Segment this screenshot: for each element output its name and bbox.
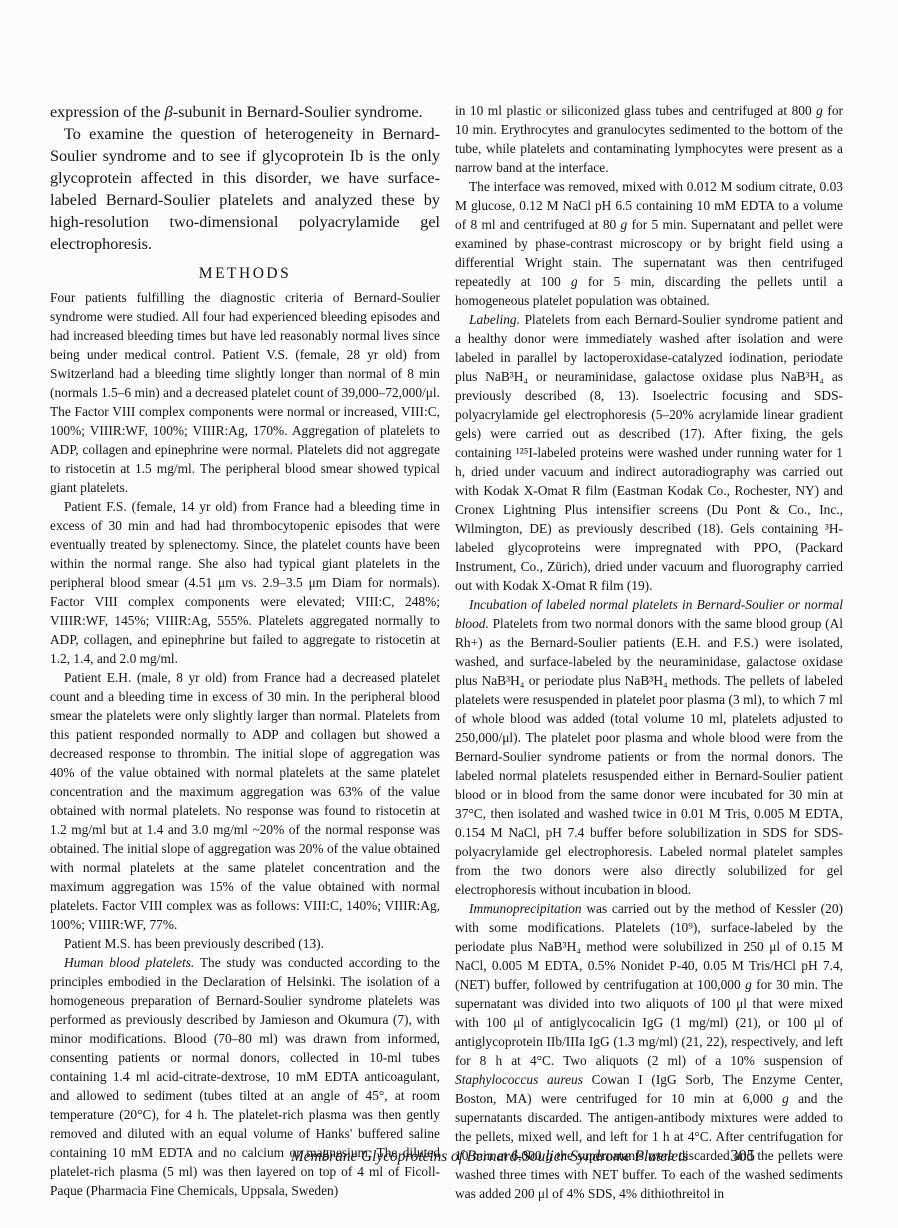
journal-page: expression of the β-subunit in Bernard-S… <box>0 0 898 1228</box>
paragraph: expression of the β-subunit in Bernard-S… <box>50 101 440 123</box>
paragraph: Patient E.H. (male, 8 yr old) from Franc… <box>50 668 440 934</box>
paragraph: Patient M.S. has been previously describ… <box>50 934 440 953</box>
page-number: 305 <box>730 1146 755 1166</box>
footer-title: Membrane Glycoproteins of Bernard-Soulie… <box>291 1148 688 1166</box>
paragraph: Labeling. Platelets from each Bernard-So… <box>455 310 843 595</box>
left-column: expression of the β-subunit in Bernard-S… <box>50 101 440 1203</box>
paragraph: Four patients fulfilling the diagnostic … <box>50 288 440 497</box>
right-column: in 10 ml plastic or siliconized glass tu… <box>455 101 843 1203</box>
paragraph: Incubation of labeled normal platelets i… <box>455 595 843 899</box>
running-footer: Membrane Glycoproteins of Bernard-Soulie… <box>291 1146 755 1166</box>
paragraph: in 10 ml plastic or siliconized glass tu… <box>455 101 843 177</box>
paragraph: Patient F.S. (female, 14 yr old) from Fr… <box>50 497 440 668</box>
section-heading: METHODS <box>50 265 440 283</box>
paragraph: The interface was removed, mixed with 0.… <box>455 177 843 310</box>
page-content: expression of the β-subunit in Bernard-S… <box>50 101 843 1203</box>
paragraph: To examine the question of heterogeneity… <box>50 123 440 255</box>
